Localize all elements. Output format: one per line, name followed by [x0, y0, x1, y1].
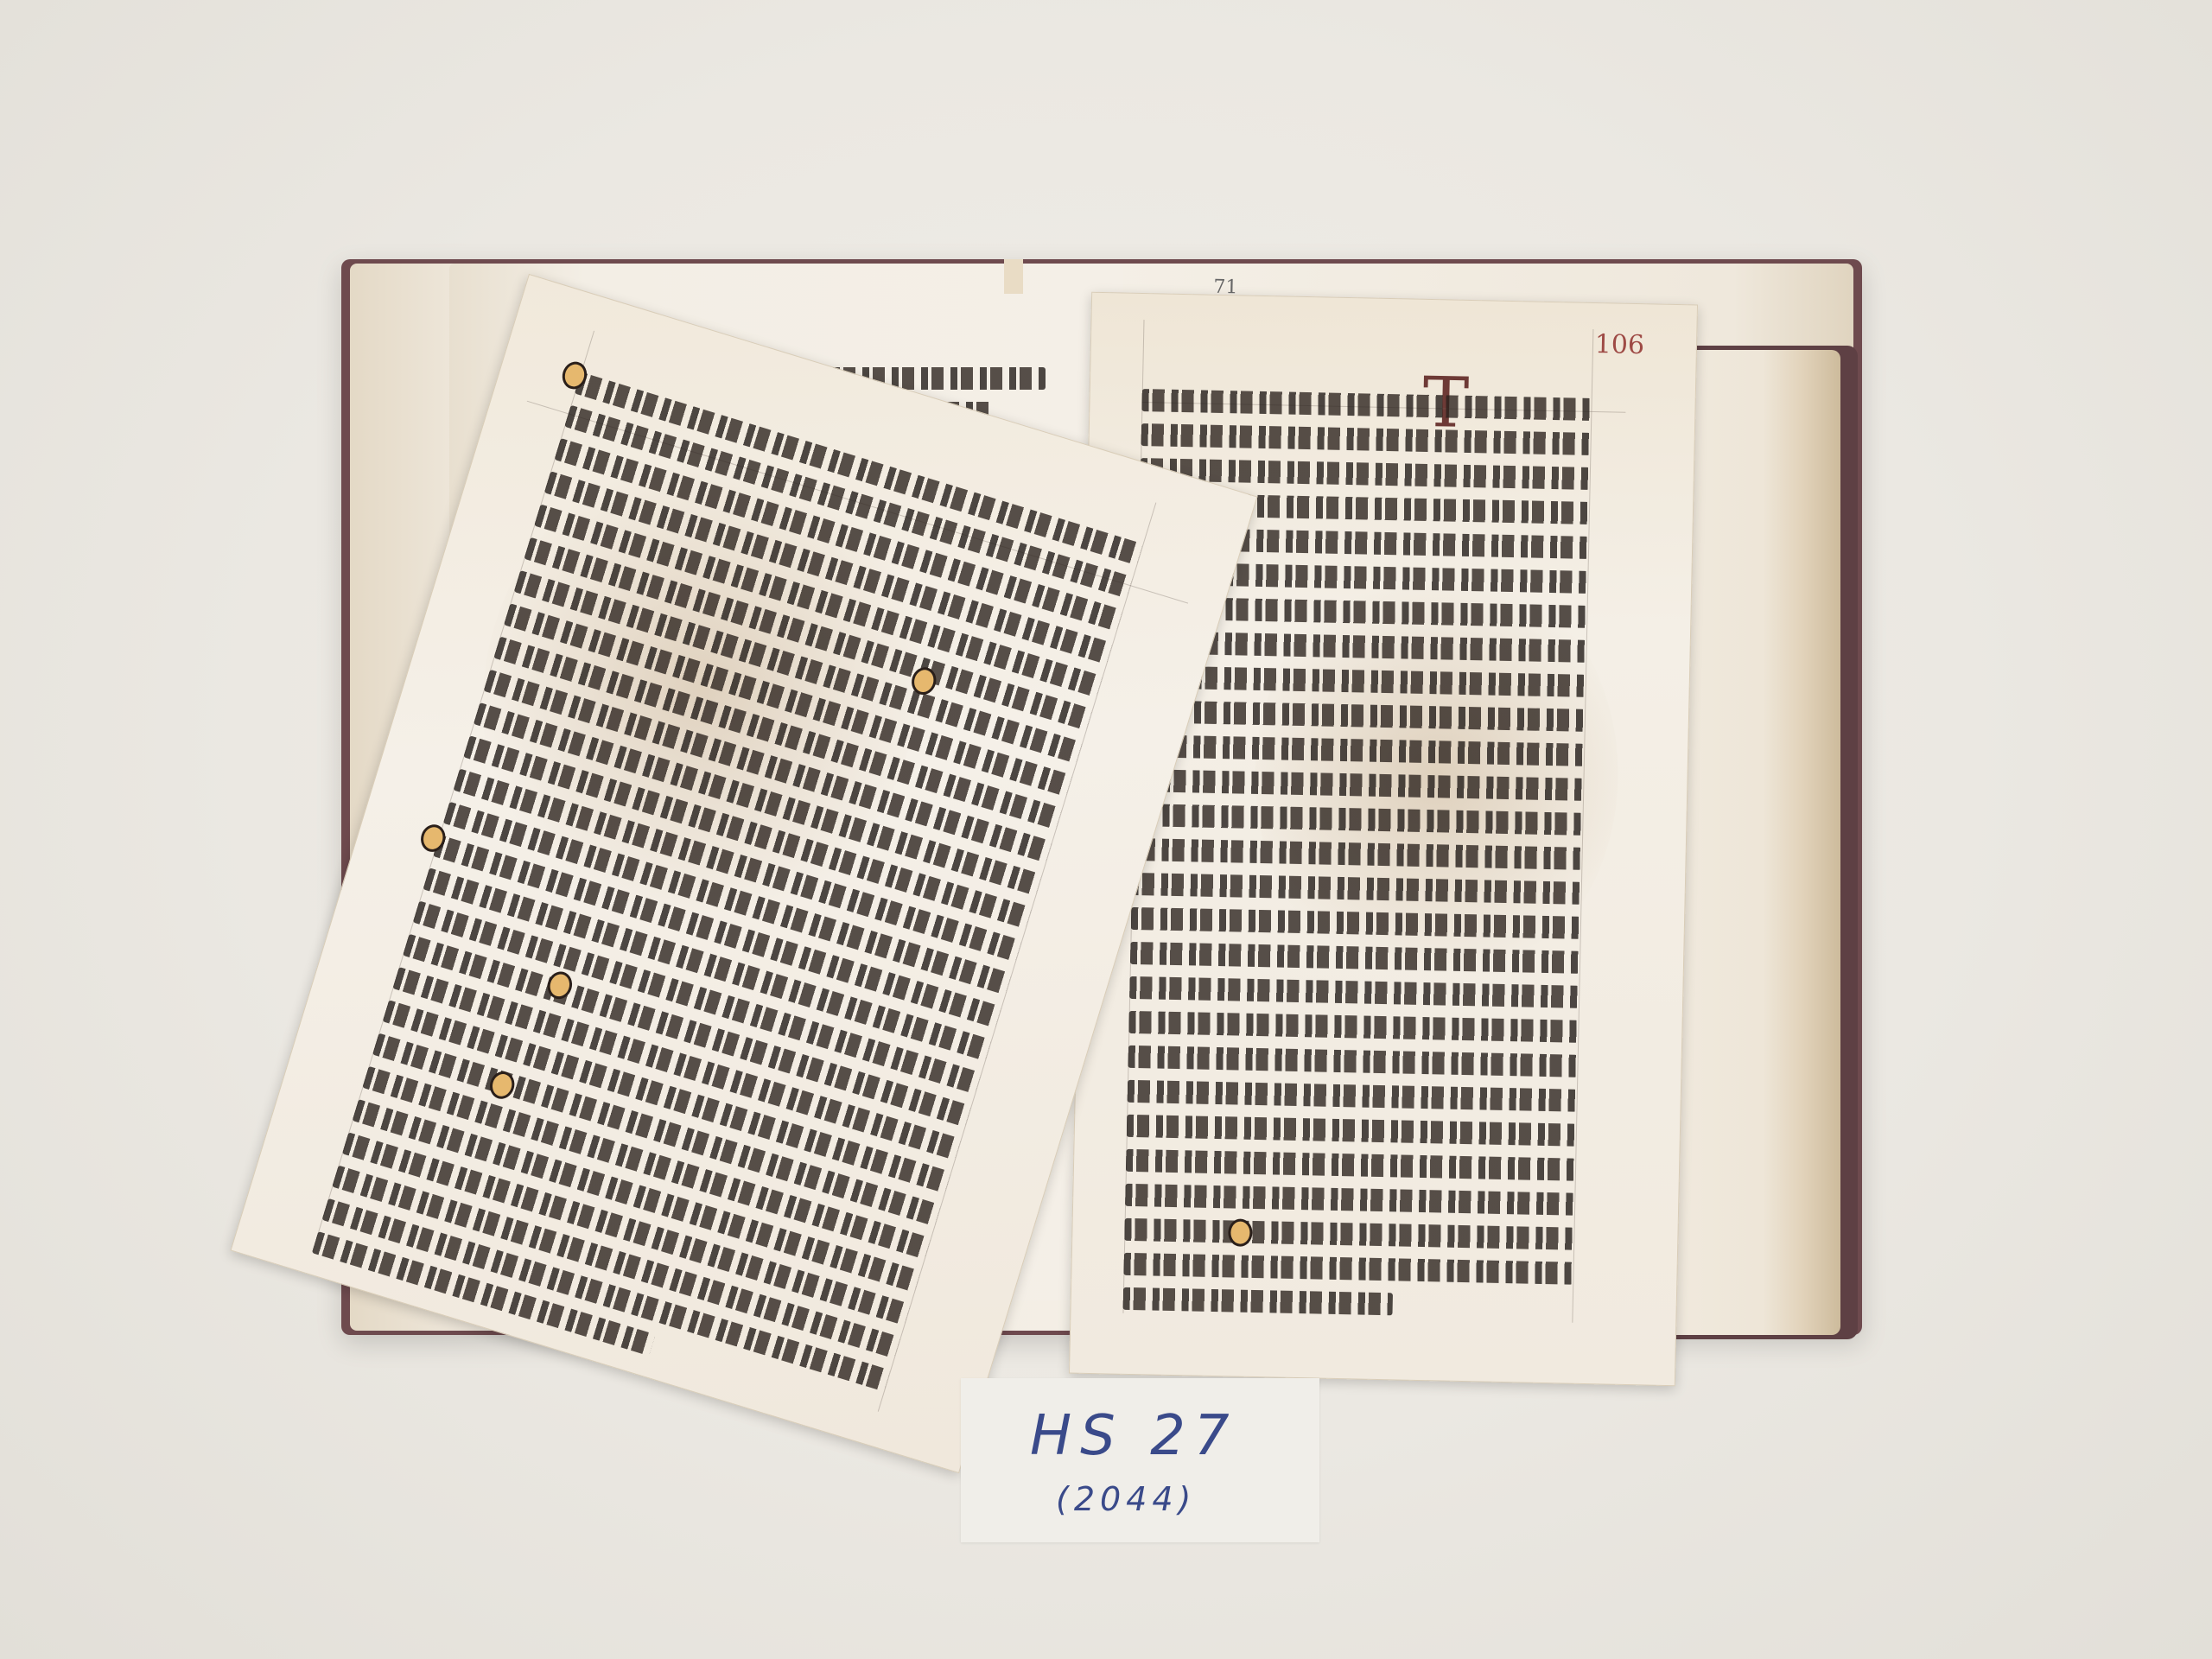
shelfmark-label: HS 27 (2044) [961, 1378, 1319, 1542]
shelfmark-number: (2044) [1056, 1480, 1196, 1518]
page-tab [1004, 259, 1023, 294]
right-page-folio: 106 71 T Consolacio attendam [1069, 292, 1698, 1386]
folio-number: 106 [1594, 329, 1644, 360]
photo-scene: c.8 Alteri et enim sic timens et dolens … [0, 0, 2212, 1659]
top-annotation: 71 [1213, 276, 1238, 299]
shelfmark: HS 27 [1030, 1404, 1238, 1468]
